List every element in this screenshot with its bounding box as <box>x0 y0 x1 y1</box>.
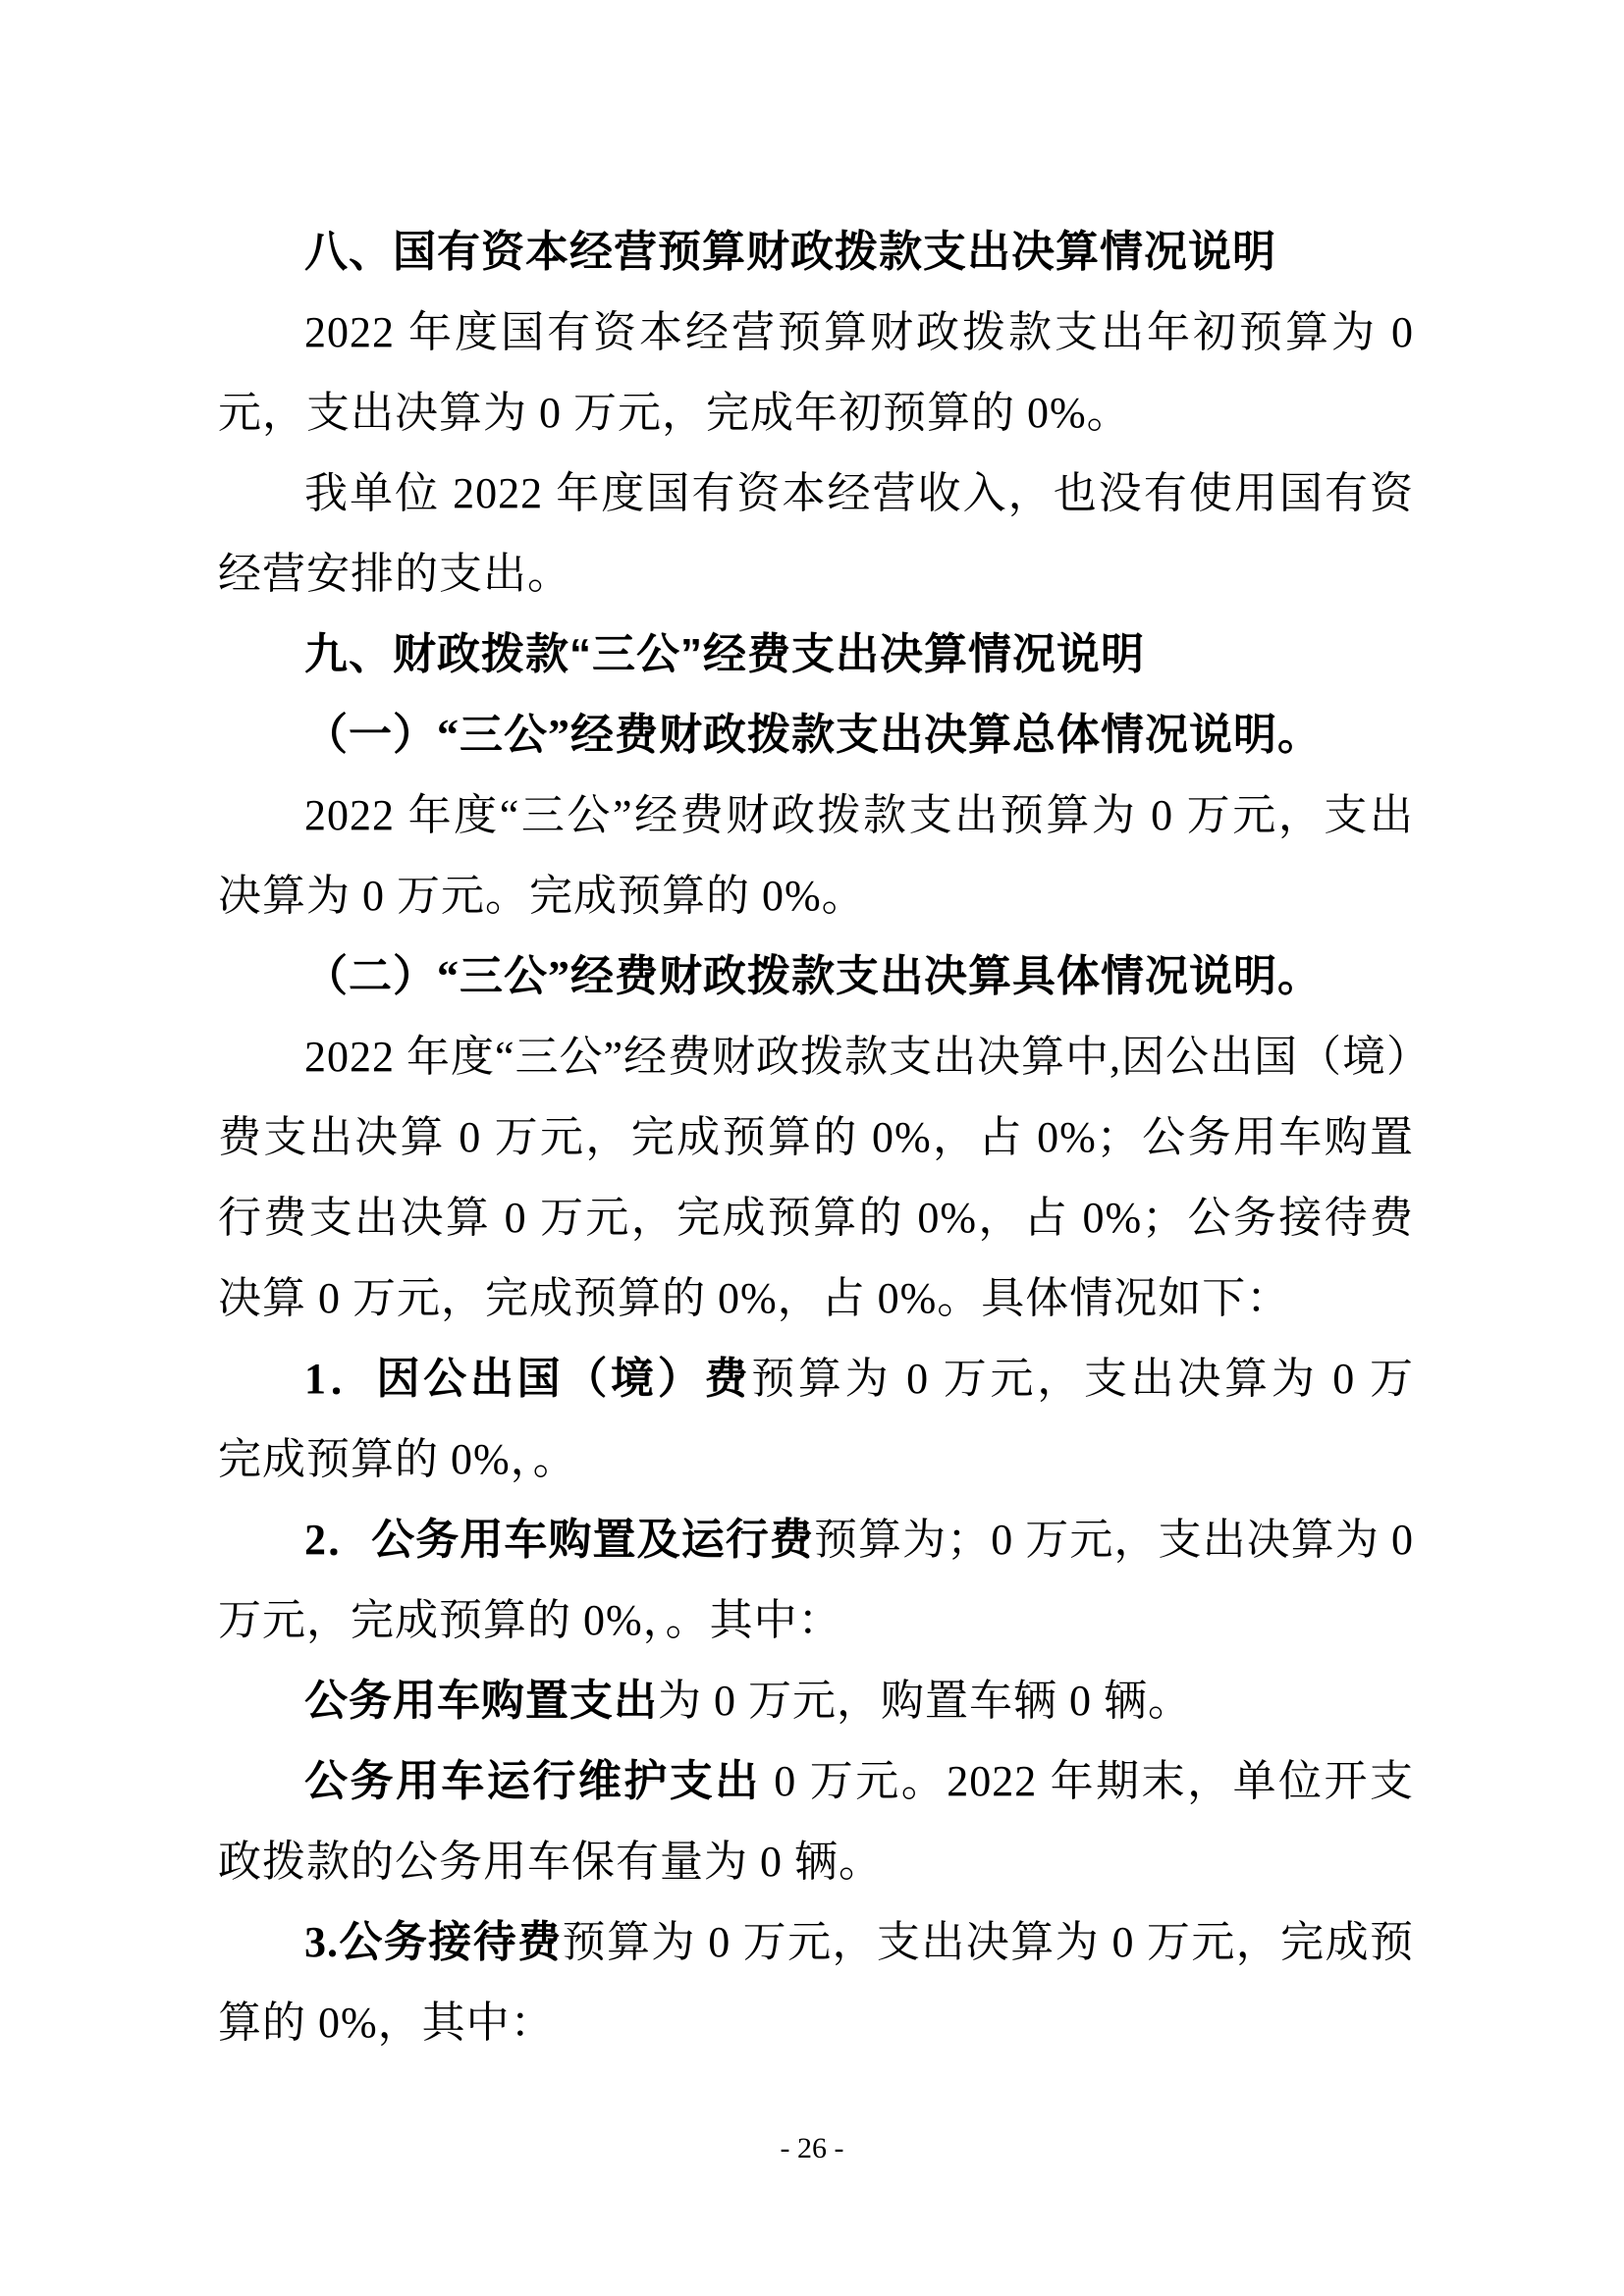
text-line: 3.公务接待费预算为 0 万元，支出决算为 0 万元，完成预 <box>218 1902 1414 1983</box>
text-line: 2．公务用车购置及运行费预算为；0 万元，支出决算为 0 <box>218 1500 1414 1580</box>
page-number: - 26 - <box>781 2132 844 2164</box>
bold-run-in-text: （二）“三公”经费财政拨款支出决算具体情况说明。 <box>304 952 1322 1000</box>
text-line: 经营安排的支出。 <box>218 534 1414 614</box>
text-line: 行费支出决算 0 万元，完成预算的 0%，占 0%；公务接待费支出 <box>218 1178 1414 1258</box>
text-line: 公务用车运行维护支出 0 万元。2022 年期末，单位开支财 <box>218 1741 1414 1822</box>
body-text: 预算为 0 万元，支出决算为 0 万元，完成预 <box>563 1918 1414 1966</box>
body-text: 2022 年度“三公”经费财政拨款支出决算中,因公出国（境） <box>304 1033 1414 1081</box>
section-heading: 九、财政拨款“三公”经费支出决算情况说明 <box>218 614 1414 695</box>
text-line: 算的 0%，其中： <box>218 1983 1414 2063</box>
text-line: 政拨款的公务用车保有量为 0 辆。 <box>218 1822 1414 1902</box>
text-line: 公务用车购置支出为 0 万元，购置车辆 0 辆。 <box>218 1661 1414 1741</box>
body-text: 决算为 0 万元。完成预算的 0%。 <box>218 872 866 920</box>
bold-run-in-text: 1．因公出国（境）费 <box>304 1355 751 1403</box>
bold-run-in-text: （一）“三公”经费财政拨款支出决算总体情况说明。 <box>304 711 1322 759</box>
body-text: 2022 年度“三公”经费财政拨款支出预算为 0 万元，支出 <box>304 791 1414 839</box>
section-heading: （二）“三公”经费财政拨款支出决算具体情况说明。 <box>218 936 1414 1017</box>
text-line: 决算 0 万元，完成预算的 0%，占 0%。具体情况如下： <box>218 1258 1414 1339</box>
text-line: 1．因公出国（境）费预算为 0 万元，支出决算为 0 万元， <box>218 1339 1414 1419</box>
bold-run-in-text: 公务用车运行维护支出 <box>304 1757 761 1805</box>
document-body: 八、国有资本经营预算财政拨款支出决算情况说明2022 年度国有资本经营预算财政拨… <box>218 212 1414 2063</box>
body-text: 预算为；0 万元，支出决算为 0 <box>814 1516 1414 1564</box>
text-line: 费支出决算 0 万元，完成预算的 0%，占 0%；公务用车购置及运 <box>218 1097 1414 1178</box>
text-line: 元，支出决算为 0 万元，完成年初预算的 0%。 <box>218 373 1414 454</box>
text-line: 完成预算的 0%，。 <box>218 1419 1414 1500</box>
bold-run-in-text: 公务用车购置支出 <box>304 1677 658 1725</box>
body-text: 万元，完成预算的 0%，。其中： <box>218 1596 842 1644</box>
body-text: 我单位 2022 年度国有资本经营收入，也没有使用国有资本 <box>218 469 1414 534</box>
text-line: 2022 年度国有资本经营预算财政拨款支出年初预算为 0 万 <box>218 293 1414 373</box>
body-text: 行费支出决算 0 万元，完成预算的 0%，占 0%；公务接待费支出 <box>218 1194 1414 1258</box>
body-text: 为 0 万元，购置车辆 0 辆。 <box>658 1677 1192 1725</box>
bold-run-in-text: 2．公务用车购置及运行费 <box>304 1516 814 1564</box>
bold-run-in-text: 九、财政拨款“三公”经费支出决算情况说明 <box>304 630 1145 678</box>
document-page: 八、国有资本经营预算财政拨款支出决算情况说明2022 年度国有资本经营预算财政拨… <box>0 0 1624 2296</box>
body-text: 算的 0%，其中： <box>218 1999 555 2047</box>
text-line: 我单位 2022 年度国有资本经营收入，也没有使用国有资本 <box>218 454 1414 534</box>
section-heading: （一）“三公”经费财政拨款支出决算总体情况说明。 <box>218 695 1414 775</box>
body-text: 经营安排的支出。 <box>218 550 571 598</box>
section-heading: 八、国有资本经营预算财政拨款支出决算情况说明 <box>218 212 1414 293</box>
body-text: 元，支出决算为 0 万元，完成年初预算的 0%。 <box>218 389 1131 437</box>
bold-run-in-text: 八、国有资本经营预算财政拨款支出决算情况说明 <box>304 228 1276 276</box>
page-footer: - 26 - <box>0 2128 1624 2169</box>
body-text: 完成预算的 0%，。 <box>218 1435 577 1483</box>
text-line: 2022 年度“三公”经费财政拨款支出预算为 0 万元，支出 <box>218 775 1414 856</box>
text-line: 决算为 0 万元。完成预算的 0%。 <box>218 856 1414 936</box>
bold-run-in-text: 3.公务接待费 <box>304 1918 563 1966</box>
body-text: 决算 0 万元，完成预算的 0%，占 0%。具体情况如下： <box>218 1274 1290 1322</box>
body-text: 政拨款的公务用车保有量为 0 辆。 <box>218 1838 883 1886</box>
body-text: 2022 年度国有资本经营预算财政拨款支出年初预算为 0 万 <box>218 308 1414 373</box>
body-text: 费支出决算 0 万元，完成预算的 0%，占 0%；公务用车购置及运 <box>218 1113 1414 1178</box>
text-line: 万元，完成预算的 0%，。其中： <box>218 1580 1414 1661</box>
text-line: 2022 年度“三公”经费财政拨款支出决算中,因公出国（境） <box>218 1017 1414 1097</box>
